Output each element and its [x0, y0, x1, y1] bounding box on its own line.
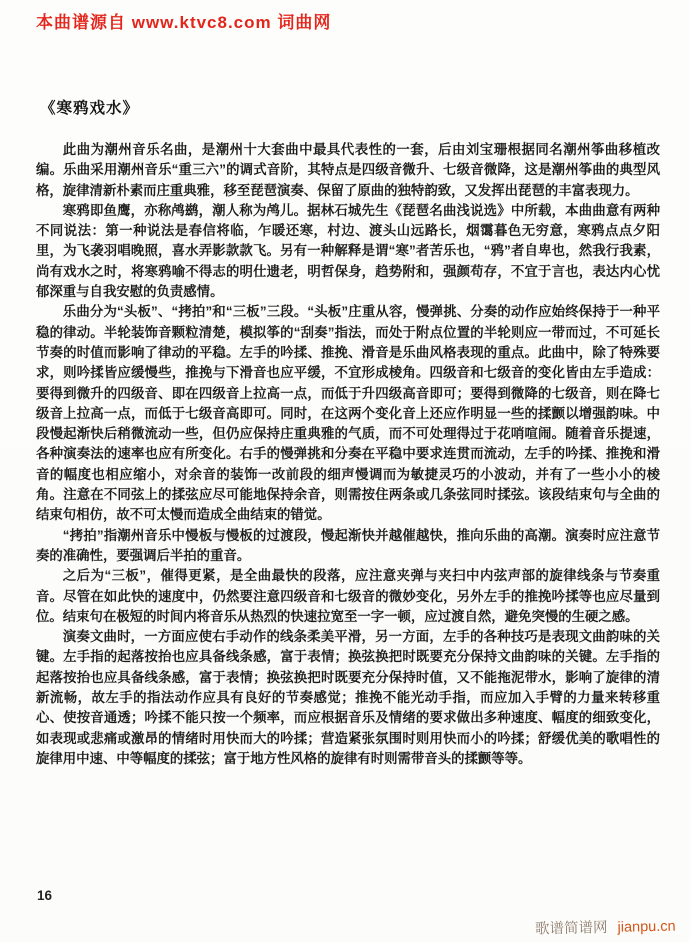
paragraph-sanban-section: 之后为“三板”，催得更紧，是全曲最快的段落，应注意夹弹与夹扫中内弦声部的旋律线条…: [36, 566, 660, 627]
paragraph-title-meaning: 寒鸦即鱼鹰，亦称鸬鹚，潮人称为鸬儿。据林石城先生《琵琶名曲浅说选》中所载，本曲曲…: [36, 201, 660, 302]
page-number: 16: [37, 888, 52, 903]
footer-site-name: 歌谱简谱网: [535, 920, 608, 938]
piece-title: 《寒鸦戏水》: [40, 96, 139, 118]
paragraph-touban-section: 乐曲分为“头板”、“拷拍”和“三板”三段。“头板”庄重从容，慢弹挑、分奏的动作应…: [36, 302, 660, 525]
program-notes-body: 此曲为潮州音乐名曲，是潮州十大套曲中最具代表性的一套，后由刘宝珊根据同名潮州筝曲…: [36, 140, 660, 769]
paragraph-introduction: 此曲为潮州音乐名曲，是潮州十大套曲中最具代表性的一套，后由刘宝珊根据同名潮州筝曲…: [36, 140, 660, 201]
source-watermark-text: 本曲谱源自 www.ktvc8.com 词曲网: [36, 8, 331, 33]
paragraph-performance-technique: 演奏文曲时，一方面应使右手动作的线条柔美平滑，另一方面，左手的各种技巧是表现文曲…: [36, 627, 660, 769]
scanned-document-page: 本曲谱源自 www.ktvc8.com 词曲网 《寒鸦戏水》 此曲为潮州音乐名曲…: [0, 0, 690, 942]
footer-site-url: jianpu.cn: [618, 919, 676, 936]
footer-watermark: 歌谱简谱网 jianpu.cn: [535, 915, 676, 939]
paragraph-kaopai-section: “拷拍”指潮州音乐中慢板与慢板的过渡段，慢起渐快并越催越快，推向乐曲的高潮。演奏…: [36, 526, 660, 567]
